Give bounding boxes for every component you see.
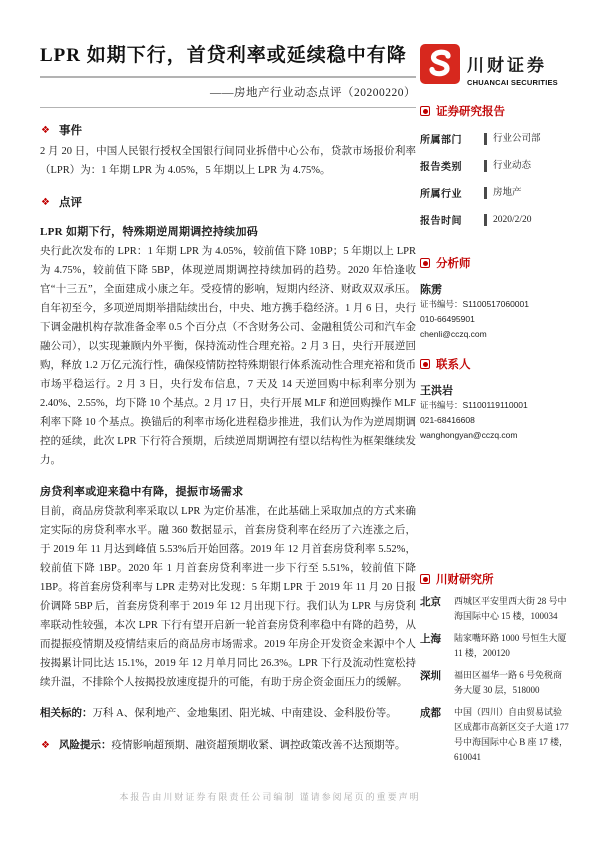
report-page: LPR 如期下行，首贷利率或延续稳中有降 ——房地产行业动态点评（2020022… <box>0 0 595 841</box>
risk-warning-body: 疫情影响超预期、融资超预期收紧、调控政策改善不达预期等。 <box>111 740 405 751</box>
diamond-bullet-icon: ❖ <box>41 125 50 136</box>
stamp-icon <box>420 258 430 268</box>
stamp-icon-dot <box>423 577 428 582</box>
office-address: 陆家嘴环路 1000 号恒生大厦 11 楼，200120 <box>454 631 570 661</box>
footer-disclaimer: 本报告由川财证券有限责任公司编制 谨请参阅尾页的重要声明 <box>55 790 485 803</box>
chuancai-logo-icon <box>420 44 460 84</box>
office-row-shenzhen: 深圳 福田区福华一路 6 号免税商务大厦 30 层，518000 <box>420 668 570 698</box>
risk-warning-text: 风险提示：疫情影响超预期、融资超预期收紧、调控政策改善不达预期等。 <box>59 736 406 755</box>
related-stocks-row: 相关标的：万科 A、保利地产、金地集团、阳光城、中南建设、金科股份等。 <box>40 704 416 723</box>
main-column: LPR 如期下行，首贷利率或延续稳中有降 ——房地产行业动态点评（2020022… <box>40 40 416 755</box>
institute-header: 川财研究所 <box>420 571 570 587</box>
brand-block: 川财证券 CHUANCAI SECURITIES <box>420 44 570 87</box>
stamp-icon <box>420 106 430 116</box>
meta-row-industry: 所属行业 房地产 <box>420 185 570 200</box>
meta-value: 行业公司部 <box>484 133 541 145</box>
stamp-icon-dot <box>423 261 428 266</box>
meta-row-department: 所属部门 行业公司部 <box>420 131 570 146</box>
analyst-email[interactable]: chenli@cczq.com <box>420 327 570 342</box>
meta-row-category: 报告类别 行业动态 <box>420 158 570 173</box>
meta-value: 房地产 <box>484 187 522 199</box>
analyst-phone: 010-66495901 <box>420 312 570 327</box>
comment-subtitle-1: LPR 如期下行，特殊期逆周期调控持续加码 <box>40 223 416 239</box>
meta-label: 报告类别 <box>420 158 484 173</box>
contact-name: 王洪岩 <box>420 382 570 398</box>
stamp-icon-dot <box>423 362 428 367</box>
analyst-header: 分析师 <box>420 255 570 271</box>
comment-heading: 点评 <box>59 194 82 210</box>
brand-name-en: CHUANCAI SECURITIES <box>467 78 558 87</box>
contact-cert: 证书编号：S1100119110001 <box>420 398 570 413</box>
comment-section-header: ❖ 点评 <box>40 194 416 210</box>
meta-row-date: 报告时间 2020/2/20 <box>420 212 570 227</box>
comment-body-2: 目前，商品房贷款利率采取以 LPR 为定价基准，在此基础上采取加点的方式来确定实… <box>40 502 416 692</box>
contact-heading: 联系人 <box>436 356 471 372</box>
contact-phone: 021-68416608 <box>420 413 570 428</box>
diamond-bullet-icon: ❖ <box>41 197 50 208</box>
diamond-bullet-icon: ❖ <box>41 736 50 755</box>
subtitle-divider <box>40 107 416 108</box>
comment-body-1: 央行此次发布的 LPR：1 年期 LPR 为 4.05%，较前值下降 10BP；… <box>40 242 416 470</box>
research-report-heading: 证券研究报告 <box>436 103 505 119</box>
office-row-shanghai: 上海 陆家嘴环路 1000 号恒生大厦 11 楼，200120 <box>420 631 570 661</box>
risk-warning-row: ❖ 风险提示：疫情影响超预期、融资超预期收紧、调控政策改善不达预期等。 <box>40 736 416 755</box>
contact-header: 联系人 <box>420 356 570 372</box>
comment-subtitle-2: 房贷利率或迎来稳中有降，提振市场需求 <box>40 483 416 499</box>
stamp-icon-dot <box>423 109 428 114</box>
risk-warning-label: 风险提示： <box>59 740 112 751</box>
stamp-icon <box>420 574 430 584</box>
meta-value: 行业动态 <box>484 160 531 172</box>
event-body: 2 月 20 日，中国人民银行授权全国银行间同业拆借中心公布，贷款市场报价利率（… <box>40 142 416 180</box>
related-stocks-body: 万科 A、保利地产、金地集团、阳光城、中南建设、金科股份等。 <box>93 708 397 719</box>
sidebar: 川财证券 CHUANCAI SECURITIES 证券研究报告 所属部门 行业公… <box>420 44 570 765</box>
meta-value: 2020/2/20 <box>484 214 532 226</box>
event-heading: 事件 <box>59 122 82 138</box>
analyst-heading: 分析师 <box>436 255 471 271</box>
event-section-header: ❖ 事件 <box>40 122 416 138</box>
brand-text: 川财证券 CHUANCAI SECURITIES <box>467 44 558 87</box>
stamp-icon <box>420 359 430 369</box>
related-stocks-label: 相关标的： <box>40 708 93 719</box>
office-address: 西城区平安里西大街 28 号中海国际中心 15 楼，100034 <box>454 594 570 624</box>
office-row-beijing: 北京 西城区平安里西大街 28 号中海国际中心 15 楼，100034 <box>420 594 570 624</box>
office-address: 中国（四川）自由贸易试验区成都市高新区交子大道 177 号中海国际中心 B 座 … <box>454 705 570 765</box>
analyst-name: 陈雳 <box>420 281 570 297</box>
analyst-cert: 证书编号：S1100517060001 <box>420 297 570 312</box>
brand-name-cn: 川财证券 <box>467 51 558 76</box>
research-report-header: 证券研究报告 <box>420 103 570 119</box>
institute-heading: 川财研究所 <box>436 571 494 587</box>
meta-label: 报告时间 <box>420 212 484 227</box>
meta-label: 所属行业 <box>420 185 484 200</box>
meta-label: 所属部门 <box>420 131 484 146</box>
office-city: 上海 <box>420 631 454 661</box>
office-row-chengdu: 成都 中国（四川）自由贸易试验区成都市高新区交子大道 177 号中海国际中心 B… <box>420 705 570 765</box>
report-subtitle: ——房地产行业动态点评（20200220） <box>40 78 416 107</box>
contact-email[interactable]: wanghongyan@cczq.com <box>420 428 570 443</box>
page-title: LPR 如期下行，首贷利率或延续稳中有降 <box>40 40 416 67</box>
office-city: 成都 <box>420 705 454 765</box>
office-address: 福田区福华一路 6 号免税商务大厦 30 层，518000 <box>454 668 570 698</box>
office-city: 深圳 <box>420 668 454 698</box>
office-city: 北京 <box>420 594 454 624</box>
